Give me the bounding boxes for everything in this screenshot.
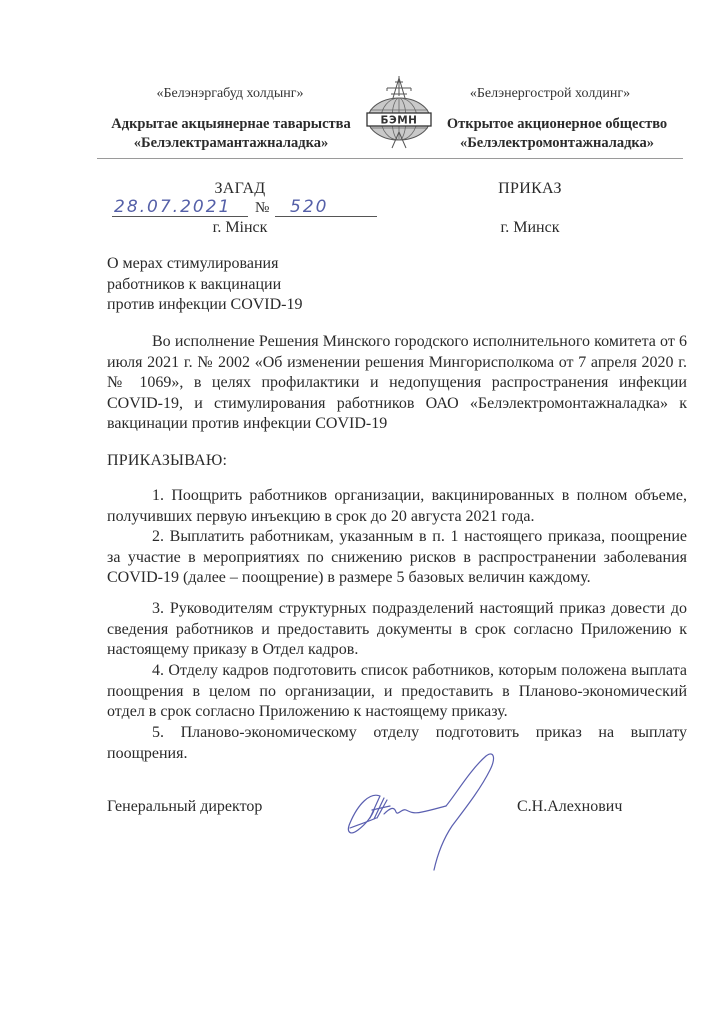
- header-right-org-line1: Открытое акционерное общество: [432, 115, 682, 134]
- logo-text: БЭМН: [381, 115, 418, 127]
- order-directive: ПРИКАЗЫВАЮ:: [107, 452, 227, 470]
- order-preamble: Во исполнение Решения Минского городског…: [107, 332, 687, 435]
- header-left-org-line2: «Белэлектрамантажналадка»: [100, 134, 362, 153]
- order-item-2: 2. Выплатить работникам, указанным в п. …: [107, 527, 687, 589]
- order-item-4: 4. Отделу кадров подготовить список рабо…: [107, 661, 687, 723]
- order-city-ru: г. Минск: [480, 219, 580, 237]
- handwritten-signature-icon: [340, 748, 510, 873]
- header-right-org-line2: «Белэлектромонтажналадка»: [432, 134, 682, 153]
- order-item-1: 1. Поощрить работников организации, вакц…: [107, 486, 687, 527]
- order-item-3: 3. Руководителям структурных подразделен…: [107, 599, 687, 661]
- order-city-by: г. Мінск: [190, 219, 290, 237]
- order-title-ru: ПРИКАЗ: [480, 180, 580, 198]
- order-date-handwritten: 28.07.2021: [114, 197, 231, 217]
- order-number-sign: №: [255, 200, 269, 217]
- order-number-handwritten: 520: [290, 197, 328, 217]
- header-divider: [97, 158, 683, 159]
- header-right-holding: «Белэнергострой холдинг»: [440, 86, 660, 102]
- order-number-line: [275, 216, 377, 217]
- globe-pylon-logo-icon: БЭМН: [364, 74, 434, 150]
- signatory-name: С.Н.Алехнович: [517, 798, 622, 816]
- header-left-holding: «Белэнэргабуд холдынг»: [120, 86, 340, 102]
- order-title-by: ЗАГАД: [190, 180, 290, 198]
- signatory-position: Генеральный директор: [107, 798, 262, 816]
- header-left-org: Адкрытае акцыянернае таварыства «Белэлек…: [100, 115, 362, 153]
- order-subject: О мерах стимулирования работников к вакц…: [107, 254, 303, 316]
- header-right-org: Открытое акционерное общество «Белэлектр…: [432, 115, 682, 153]
- header-left-org-line1: Адкрытае акцыянернае таварыства: [100, 115, 362, 134]
- order-date-line: [112, 216, 248, 217]
